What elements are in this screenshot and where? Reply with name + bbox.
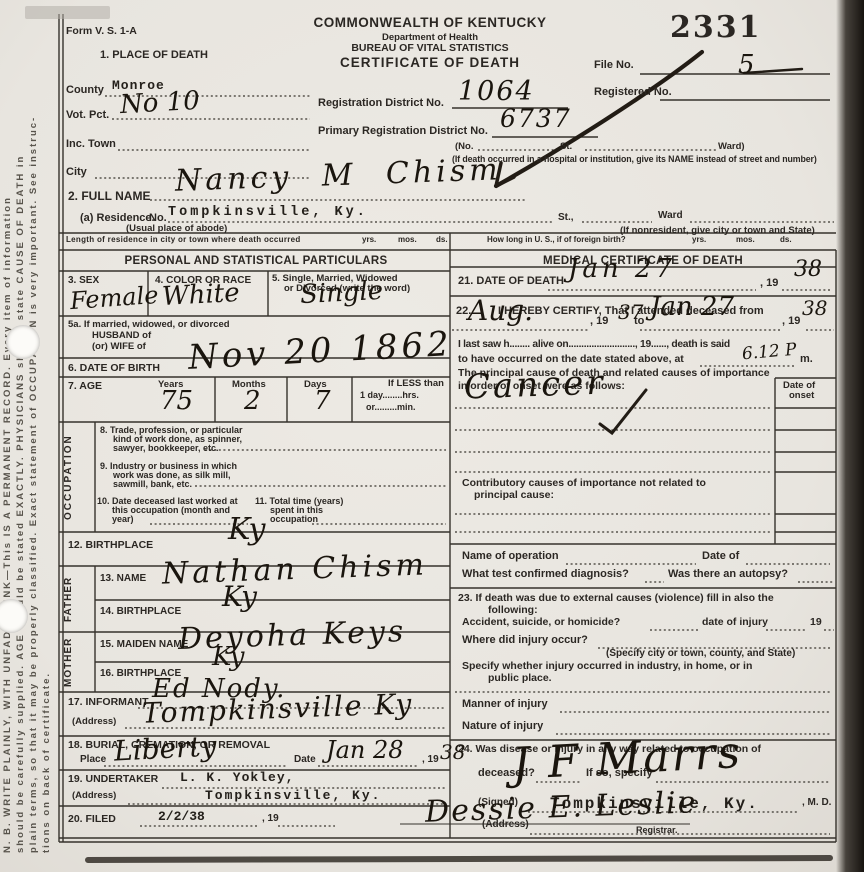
contributory-text-2: principal cause: bbox=[474, 490, 554, 501]
last-saw-text: I last saw h........ alive on...........… bbox=[458, 340, 730, 351]
full-name-label: 2. FULL NAME bbox=[68, 190, 150, 203]
death-certificate-scan: N. B. WRITE PLAINLY, WITH UNFADING INK—T… bbox=[0, 0, 864, 872]
occupation-vertical-label: OCCUPATION bbox=[64, 424, 92, 530]
age-label: 7. AGE bbox=[68, 381, 102, 392]
street-label: St. bbox=[560, 142, 572, 152]
mother-name-label: 15. MAIDEN NAME bbox=[100, 640, 188, 651]
nature-of-injury-label: Nature of injury bbox=[462, 721, 543, 733]
hospital-note: (If death occurred in a hospital or inst… bbox=[452, 155, 817, 164]
ds-label-1: ds. bbox=[436, 236, 448, 244]
father-vertical-label: FATHER bbox=[64, 568, 92, 630]
county-label: County bbox=[66, 85, 104, 97]
external-causes-text-1: 23. If death was due to external causes … bbox=[458, 593, 774, 604]
last-worked-label-3: year) bbox=[112, 515, 134, 524]
external-causes-text-2: following: bbox=[488, 605, 538, 616]
undertaker-address-value: Tompkinsville, Ky. bbox=[205, 789, 381, 803]
attended-from-value: Aug. bbox=[468, 296, 533, 325]
age-days-value: 7 bbox=[314, 388, 331, 415]
undertaker-label: 19. UNDERTAKER bbox=[68, 774, 158, 785]
filed-label: 20. FILED bbox=[68, 814, 116, 825]
father-birthplace-label: 14. BIRTHPLACE bbox=[100, 607, 181, 618]
undertaker-value: L. K. Yokley, bbox=[180, 771, 294, 785]
registration-district-value: 1064 bbox=[458, 78, 535, 106]
yrs-label-1: yrs. bbox=[362, 236, 376, 244]
contributory-text-1: Contributory causes of importance not re… bbox=[462, 478, 706, 489]
mother-birthplace-value: Ky bbox=[212, 644, 244, 671]
how-long-label: How long in U. S., if of foreign birth? bbox=[487, 236, 626, 244]
margin-note-line-4: tions on back of certificate. bbox=[42, 95, 55, 853]
injury-date-label: date of injury bbox=[702, 617, 768, 628]
operation-date-label: Date of bbox=[702, 551, 739, 563]
if-less-label-1: If LESS than bbox=[388, 379, 444, 389]
personal-section-title: PERSONAL AND STATISTICAL PARTICULARS bbox=[62, 255, 450, 267]
total-time-label-3: occupation bbox=[270, 515, 318, 524]
primary-district-value: 6737 bbox=[500, 106, 572, 132]
residence-st-label: St., bbox=[558, 213, 574, 224]
trade-label-3: sawyer, bookkeeper, etc. bbox=[113, 444, 219, 453]
vot-pct-label: Vot. Pct. bbox=[66, 110, 109, 122]
scan-edge-right bbox=[836, 0, 864, 872]
age-months-value: 2 bbox=[244, 388, 261, 415]
filed-year-prefix: , 19 bbox=[262, 814, 279, 825]
hole-punch-top bbox=[6, 325, 40, 359]
if-less-label-3: or.........min. bbox=[366, 403, 416, 412]
registration-district-label: Registration District No. bbox=[318, 98, 444, 110]
certificate-title: CERTIFICATE OF DEATH bbox=[280, 56, 580, 70]
yrs-label-2: yrs. bbox=[692, 236, 706, 244]
marital-value: Single bbox=[299, 278, 384, 310]
father-name-label: 13. NAME bbox=[100, 574, 146, 585]
md-label: , M. D. bbox=[802, 798, 831, 809]
burial-date-value: Jan 28 bbox=[326, 738, 404, 763]
race-value: White bbox=[161, 280, 240, 311]
burial-date-label: Date bbox=[294, 755, 316, 766]
dob-label: 6. DATE OF BIRTH bbox=[68, 363, 160, 374]
manner-of-injury-label: Manner of injury bbox=[462, 699, 548, 711]
specify-city-note: (Specify city or town, county, and State… bbox=[606, 649, 795, 660]
dod-year-prefix: , 19 bbox=[760, 278, 778, 290]
from-year-prefix: , 19 bbox=[590, 316, 608, 328]
scan-smudge bbox=[25, 6, 110, 19]
from-year-value: 37 bbox=[618, 302, 643, 323]
where-injury-label: Where did injury occur? bbox=[462, 635, 588, 647]
married-note-3: (or) WIFE of bbox=[92, 342, 146, 352]
cause-of-death-value: Cancer bbox=[463, 366, 606, 407]
ward-label: Ward) bbox=[718, 142, 745, 152]
father-birthplace-value: Ky bbox=[222, 582, 257, 611]
informant-label: 17. INFORMANT bbox=[68, 697, 149, 708]
bureau-subtitle: BUREAU OF VITAL STATISTICS bbox=[280, 43, 580, 54]
injury-19-label: 19 bbox=[810, 617, 822, 628]
registrar-label: Registrar. bbox=[636, 826, 678, 835]
place-of-death-heading: 1. PLACE OF DEATH bbox=[100, 50, 208, 62]
sex-value: Female bbox=[69, 283, 159, 314]
birthplace-value: Ky bbox=[228, 514, 265, 546]
undertaker-address-label: (Address) bbox=[72, 791, 116, 801]
burial-place-label: Place bbox=[80, 755, 106, 766]
abode-note: (Usual place of abode) bbox=[126, 224, 227, 234]
test-label: What test confirmed diagnosis? bbox=[462, 569, 629, 581]
vot-pct-value: No 10 bbox=[119, 88, 200, 119]
commonwealth-title: COMMONWEALTH OF KENTUCKY bbox=[280, 16, 580, 30]
age-years-value: 75 bbox=[160, 388, 193, 415]
married-note-2: HUSBAND of bbox=[92, 331, 151, 341]
checkmark-icon bbox=[600, 390, 646, 433]
if-less-label-2: 1 day........hrs. bbox=[360, 391, 419, 400]
primary-district-label: Primary Registration District No. bbox=[318, 126, 488, 138]
residence-ward-label: Ward bbox=[658, 211, 683, 222]
specify-whether-text-1: Specify whether injury occurred in indus… bbox=[462, 661, 752, 672]
registered-no-value: 5 bbox=[738, 52, 755, 79]
mos-label-1: mos. bbox=[398, 236, 417, 244]
industry-label-3: sawmill, bank, etc. bbox=[113, 480, 192, 489]
file-no-label: File No. bbox=[594, 60, 634, 72]
dod-label: 21. DATE OF DEATH bbox=[458, 276, 564, 288]
burial-year-prefix: , 19 bbox=[422, 755, 439, 766]
dod-year-value: 38 bbox=[794, 258, 822, 281]
ds-label-2: ds. bbox=[780, 236, 792, 244]
specify-whether-text-2: public place. bbox=[488, 673, 552, 684]
filed-date-value: 2/2/38 bbox=[158, 810, 205, 824]
serial-number: 2331 bbox=[670, 12, 762, 44]
burial-year-value: 38 bbox=[440, 742, 465, 763]
residence-value: Tompkinsville, Ky. bbox=[168, 206, 368, 220]
physician-signature: J F Marrs bbox=[511, 730, 743, 788]
street-no-label: (No. bbox=[455, 142, 473, 152]
dod-value: Jan 27 bbox=[568, 256, 676, 283]
attended-to-value: Jan 27 bbox=[650, 294, 734, 321]
informant-address-label: (Address) bbox=[72, 717, 116, 727]
operation-label: Name of operation bbox=[462, 551, 559, 563]
to-year-prefix: , 19 bbox=[782, 316, 800, 328]
mos-label-2: mos. bbox=[736, 236, 755, 244]
onset-header-2: onset bbox=[789, 391, 814, 401]
married-note-1: 5a. If married, widowed, or divorced bbox=[68, 320, 230, 330]
m-label: m. bbox=[800, 354, 813, 366]
inc-town-label: Inc. Town bbox=[66, 139, 116, 151]
form-number: Form V. S. 1-A bbox=[66, 26, 137, 37]
to-year-value: 38 bbox=[802, 298, 827, 319]
accident-label: Accident, suicide, or homicide? bbox=[462, 617, 620, 628]
city-label: City bbox=[66, 167, 87, 179]
residence-length-label: Length of residence in city or town wher… bbox=[66, 236, 301, 244]
registered-no-label: Registered No. bbox=[594, 87, 672, 99]
birthplace-label: 12. BIRTHPLACE bbox=[68, 540, 153, 551]
burial-place-value: Liberty bbox=[113, 731, 217, 766]
autopsy-label: Was there an autopsy? bbox=[668, 569, 788, 581]
mother-vertical-label: MOTHER bbox=[64, 634, 92, 690]
